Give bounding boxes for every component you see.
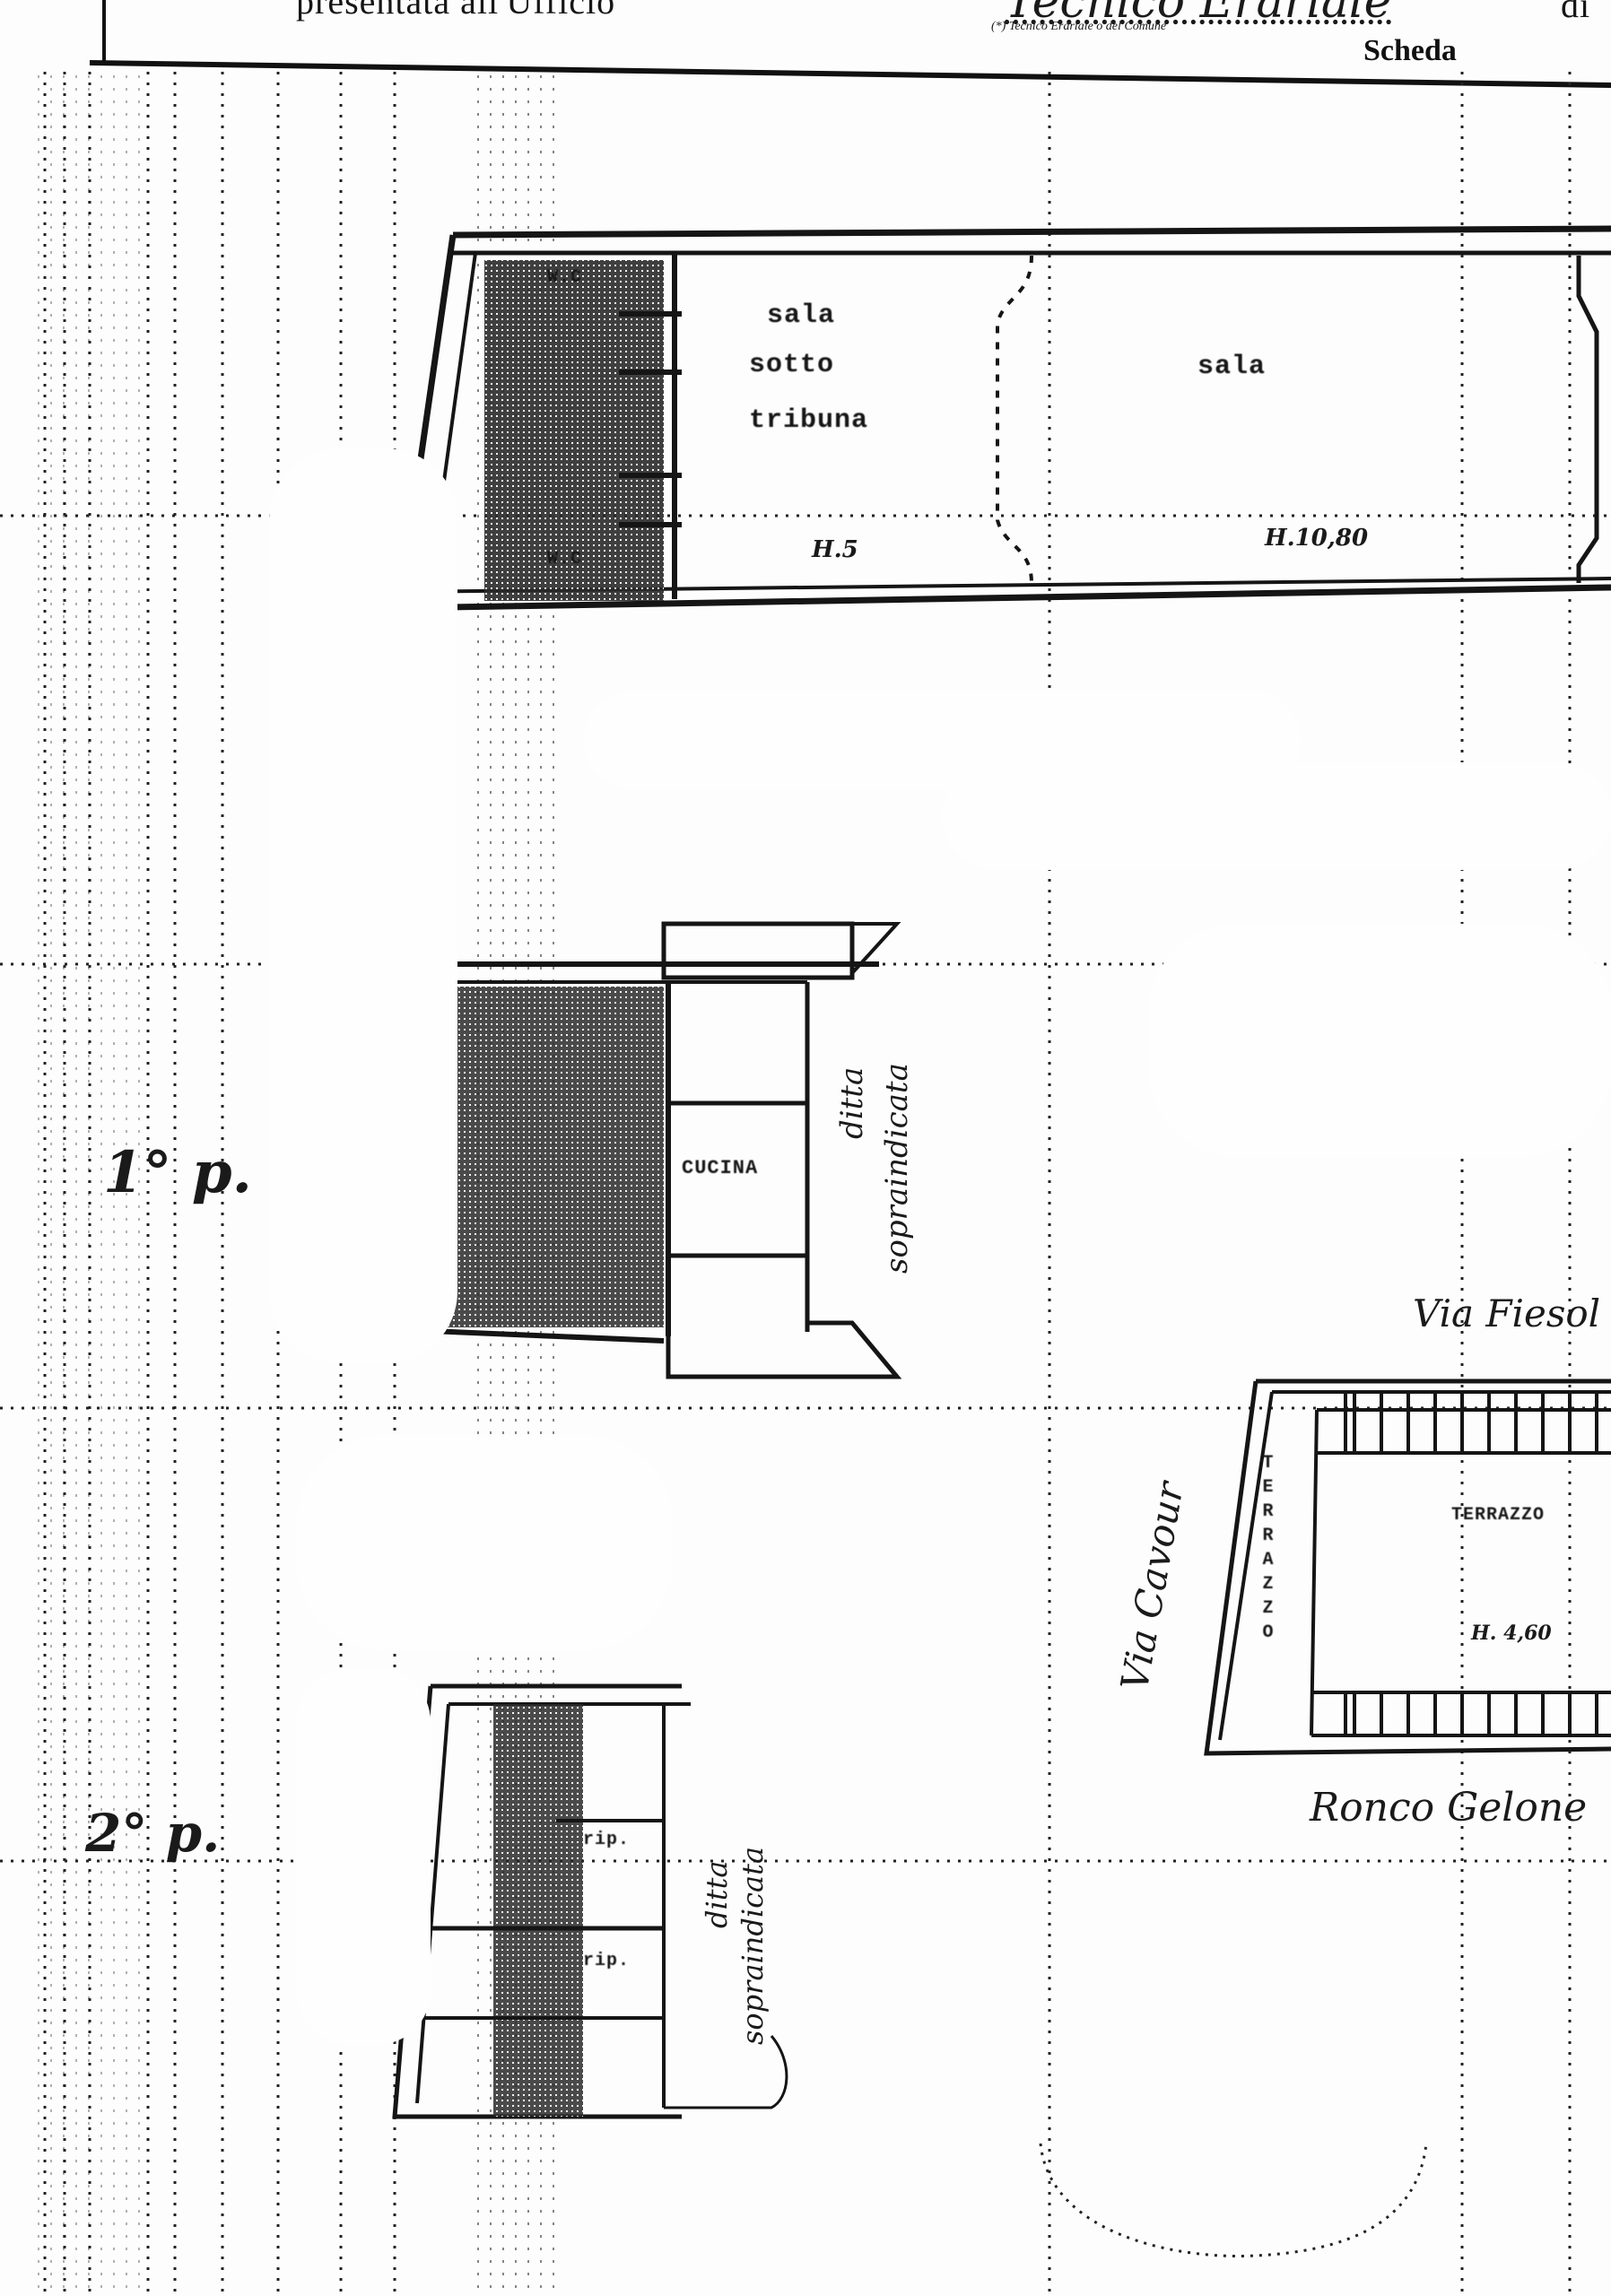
neighbor-note-sopraindicata: sopraindicata (879, 1063, 915, 1274)
terrace-center-label: TERRAZZO (1451, 1505, 1545, 1526)
header-form-text: presentata all'Ufficio (296, 0, 615, 22)
neighbor-note-sopraindicata-2: sopraindicata (736, 1847, 770, 2045)
room-label-wc-bottom: W.C (547, 549, 582, 570)
room-label-sala: sala (1197, 352, 1266, 382)
height-label-h1080: H.10,80 (1265, 525, 1368, 552)
neighbor-note-ditta: ditta (834, 1067, 870, 1139)
room-label-sala-line1: sala (767, 300, 835, 331)
redaction-blot (269, 448, 457, 1363)
street-label-north: Via Fiesol (1413, 1291, 1600, 1335)
terrace-height-label: H. 4,60 (1471, 1622, 1552, 1645)
stamp-seal (1041, 2144, 1426, 2257)
redaction-blot (1148, 924, 1611, 1157)
header-di-label: di (1561, 0, 1590, 26)
room-label-rip-1: rip. (583, 1830, 630, 1850)
room-label-wc-top: W.C (547, 267, 582, 288)
redaction-blot (296, 1668, 431, 2045)
height-label-h5: H.5 (812, 536, 858, 563)
redaction-blot (296, 1435, 673, 1650)
room-label-rip-2: rip. (583, 1951, 630, 1971)
redaction-blot (942, 762, 1611, 870)
room-label-sala-line3: tribuna (749, 405, 868, 436)
floor-label-1: 1° p. (103, 1139, 252, 1206)
street-label-south: Ronco Gelone (1310, 1785, 1587, 1831)
scheda-label: Scheda (1363, 34, 1457, 68)
room-label-sala-line2: sotto (749, 350, 834, 380)
header-footnote: (*) Tecnico Erariale o del Comune (991, 20, 1166, 34)
floor-label-2: 2° p. (85, 1803, 220, 1864)
neighbor-note-ditta-2: ditta (700, 1860, 734, 1928)
terrace-vertical-label: TERRAZZO (1258, 1453, 1278, 1647)
room-label-cucina: CUCINA (682, 1157, 758, 1179)
